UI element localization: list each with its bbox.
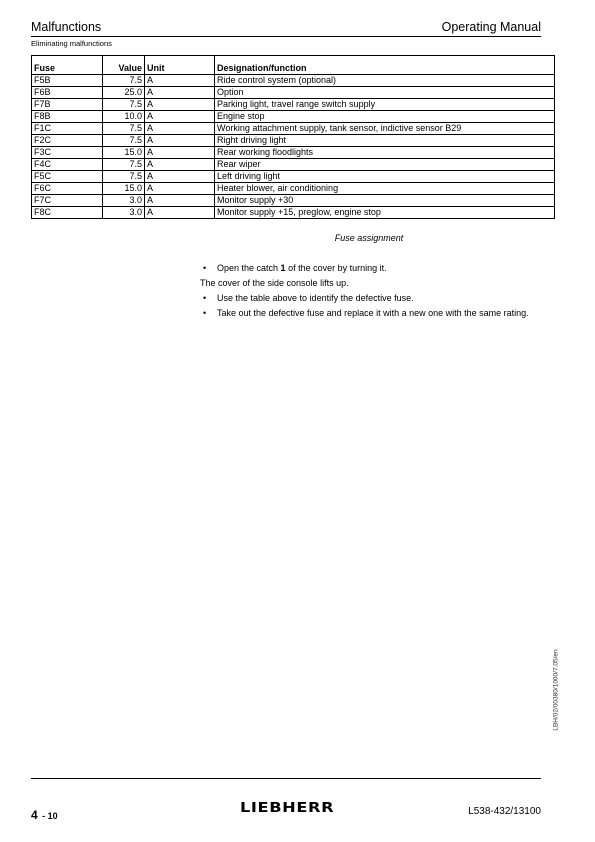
table-row: F8B10.0AEngine stop (32, 111, 555, 123)
table-row: F6B25.0AOption (32, 87, 555, 99)
column-header-designation: Designation/function (215, 56, 555, 75)
cell-fuse: F8C (32, 207, 103, 219)
cell-designation: Monitor supply +30 (215, 195, 555, 207)
page-number: 4 - 10 (31, 806, 58, 824)
cell-designation: Left driving light (215, 171, 555, 183)
cell-unit: A (145, 75, 215, 87)
table-row: F4C7.5ARear wiper (32, 159, 555, 171)
cell-unit: A (145, 207, 215, 219)
subsection-title: Eliminating malfunctions (31, 39, 112, 48)
cell-fuse: F6B (32, 87, 103, 99)
cell-fuse: F5C (32, 171, 103, 183)
cell-value: 25.0 (103, 87, 145, 99)
table-header-row: Fuse Value Unit Designation/function (32, 56, 555, 75)
table-row: F8C3.0AMonitor supply +15, preglow, engi… (32, 207, 555, 219)
table-row: F6C15.0AHeater blower, air conditioning (32, 183, 555, 195)
table-row: F5B7.5ARide control system (optional) (32, 75, 555, 87)
column-header-unit: Unit (145, 56, 215, 75)
table-row: F2C7.5ARight driving light (32, 135, 555, 147)
cell-unit: A (145, 159, 215, 171)
cell-unit: A (145, 171, 215, 183)
cell-value: 15.0 (103, 183, 145, 195)
cell-value: 7.5 (103, 75, 145, 87)
cell-unit: A (145, 135, 215, 147)
document-id: L538-432/13100 (468, 806, 541, 817)
cell-unit: A (145, 195, 215, 207)
cell-value: 10.0 (103, 111, 145, 123)
cell-value: 15.0 (103, 147, 145, 159)
cell-value: 7.5 (103, 123, 145, 135)
cell-unit: A (145, 147, 215, 159)
header-divider (31, 36, 541, 37)
cell-fuse: F8B (32, 111, 103, 123)
instruction-step: • Take out the defective fuse and replac… (200, 307, 541, 319)
cell-fuse: F7C (32, 195, 103, 207)
cell-designation: Right driving light (215, 135, 555, 147)
cell-fuse: F5B (32, 75, 103, 87)
cell-value: 7.5 (103, 159, 145, 171)
cell-designation: Working attachment supply, tank sensor, … (215, 123, 555, 135)
fuse-table: Fuse Value Unit Designation/function F5B… (31, 55, 555, 219)
cell-unit: A (145, 123, 215, 135)
document-reference-code: LBH/02/00380/1000/7.05/en (553, 649, 560, 730)
cell-designation: Ride control system (optional) (215, 75, 555, 87)
cell-unit: A (145, 99, 215, 111)
liebherr-logo: LIEBHERR (240, 800, 334, 816)
cell-designation: Rear working floodlights (215, 147, 555, 159)
cell-value: 7.5 (103, 99, 145, 111)
chapter-number: 4 (31, 808, 38, 822)
table-row: F7C3.0AMonitor supply +30 (32, 195, 555, 207)
bullet-icon: • (200, 307, 217, 319)
instruction-text: Use the table above to identify the defe… (217, 292, 541, 304)
cell-designation: Heater blower, air conditioning (215, 183, 555, 195)
cell-designation: Option (215, 87, 555, 99)
bullet-icon: • (200, 292, 217, 304)
column-header-value: Value (103, 56, 145, 75)
table-row: F7B7.5AParking light, travel range switc… (32, 99, 555, 111)
section-title: Malfunctions (31, 20, 101, 34)
instruction-note: The cover of the side console lifts up. (200, 277, 541, 289)
cell-designation: Rear wiper (215, 159, 555, 171)
cell-value: 7.5 (103, 171, 145, 183)
instruction-step: • Open the catch 1 of the cover by turni… (200, 262, 541, 274)
instructions: • Open the catch 1 of the cover by turni… (200, 262, 541, 322)
cell-value: 3.0 (103, 195, 145, 207)
bullet-icon: • (200, 262, 217, 274)
table-caption: Fuse assignment (214, 233, 524, 243)
cell-fuse: F1C (32, 123, 103, 135)
table-row: F5C7.5ALeft driving light (32, 171, 555, 183)
cell-unit: A (145, 183, 215, 195)
manual-title: Operating Manual (442, 20, 541, 34)
table-row: F1C7.5AWorking attachment supply, tank s… (32, 123, 555, 135)
cell-fuse: F7B (32, 99, 103, 111)
cell-designation: Engine stop (215, 111, 555, 123)
cell-fuse: F4C (32, 159, 103, 171)
cell-designation: Parking light, travel range switch suppl… (215, 99, 555, 111)
cell-designation: Monitor supply +15, preglow, engine stop (215, 207, 555, 219)
cell-unit: A (145, 111, 215, 123)
cell-value: 7.5 (103, 135, 145, 147)
cell-fuse: F2C (32, 135, 103, 147)
cell-fuse: F3C (32, 147, 103, 159)
cell-fuse: F6C (32, 183, 103, 195)
instruction-text: Take out the defective fuse and replace … (217, 307, 541, 319)
column-header-fuse: Fuse (32, 56, 103, 75)
page-in-chapter: - 10 (42, 811, 58, 821)
instruction-step: • Use the table above to identify the de… (200, 292, 541, 304)
footer-divider (31, 778, 541, 779)
table-row: F3C15.0ARear working floodlights (32, 147, 555, 159)
cell-unit: A (145, 87, 215, 99)
cell-value: 3.0 (103, 207, 145, 219)
instruction-text: Open the catch 1 of the cover by turning… (217, 262, 541, 274)
